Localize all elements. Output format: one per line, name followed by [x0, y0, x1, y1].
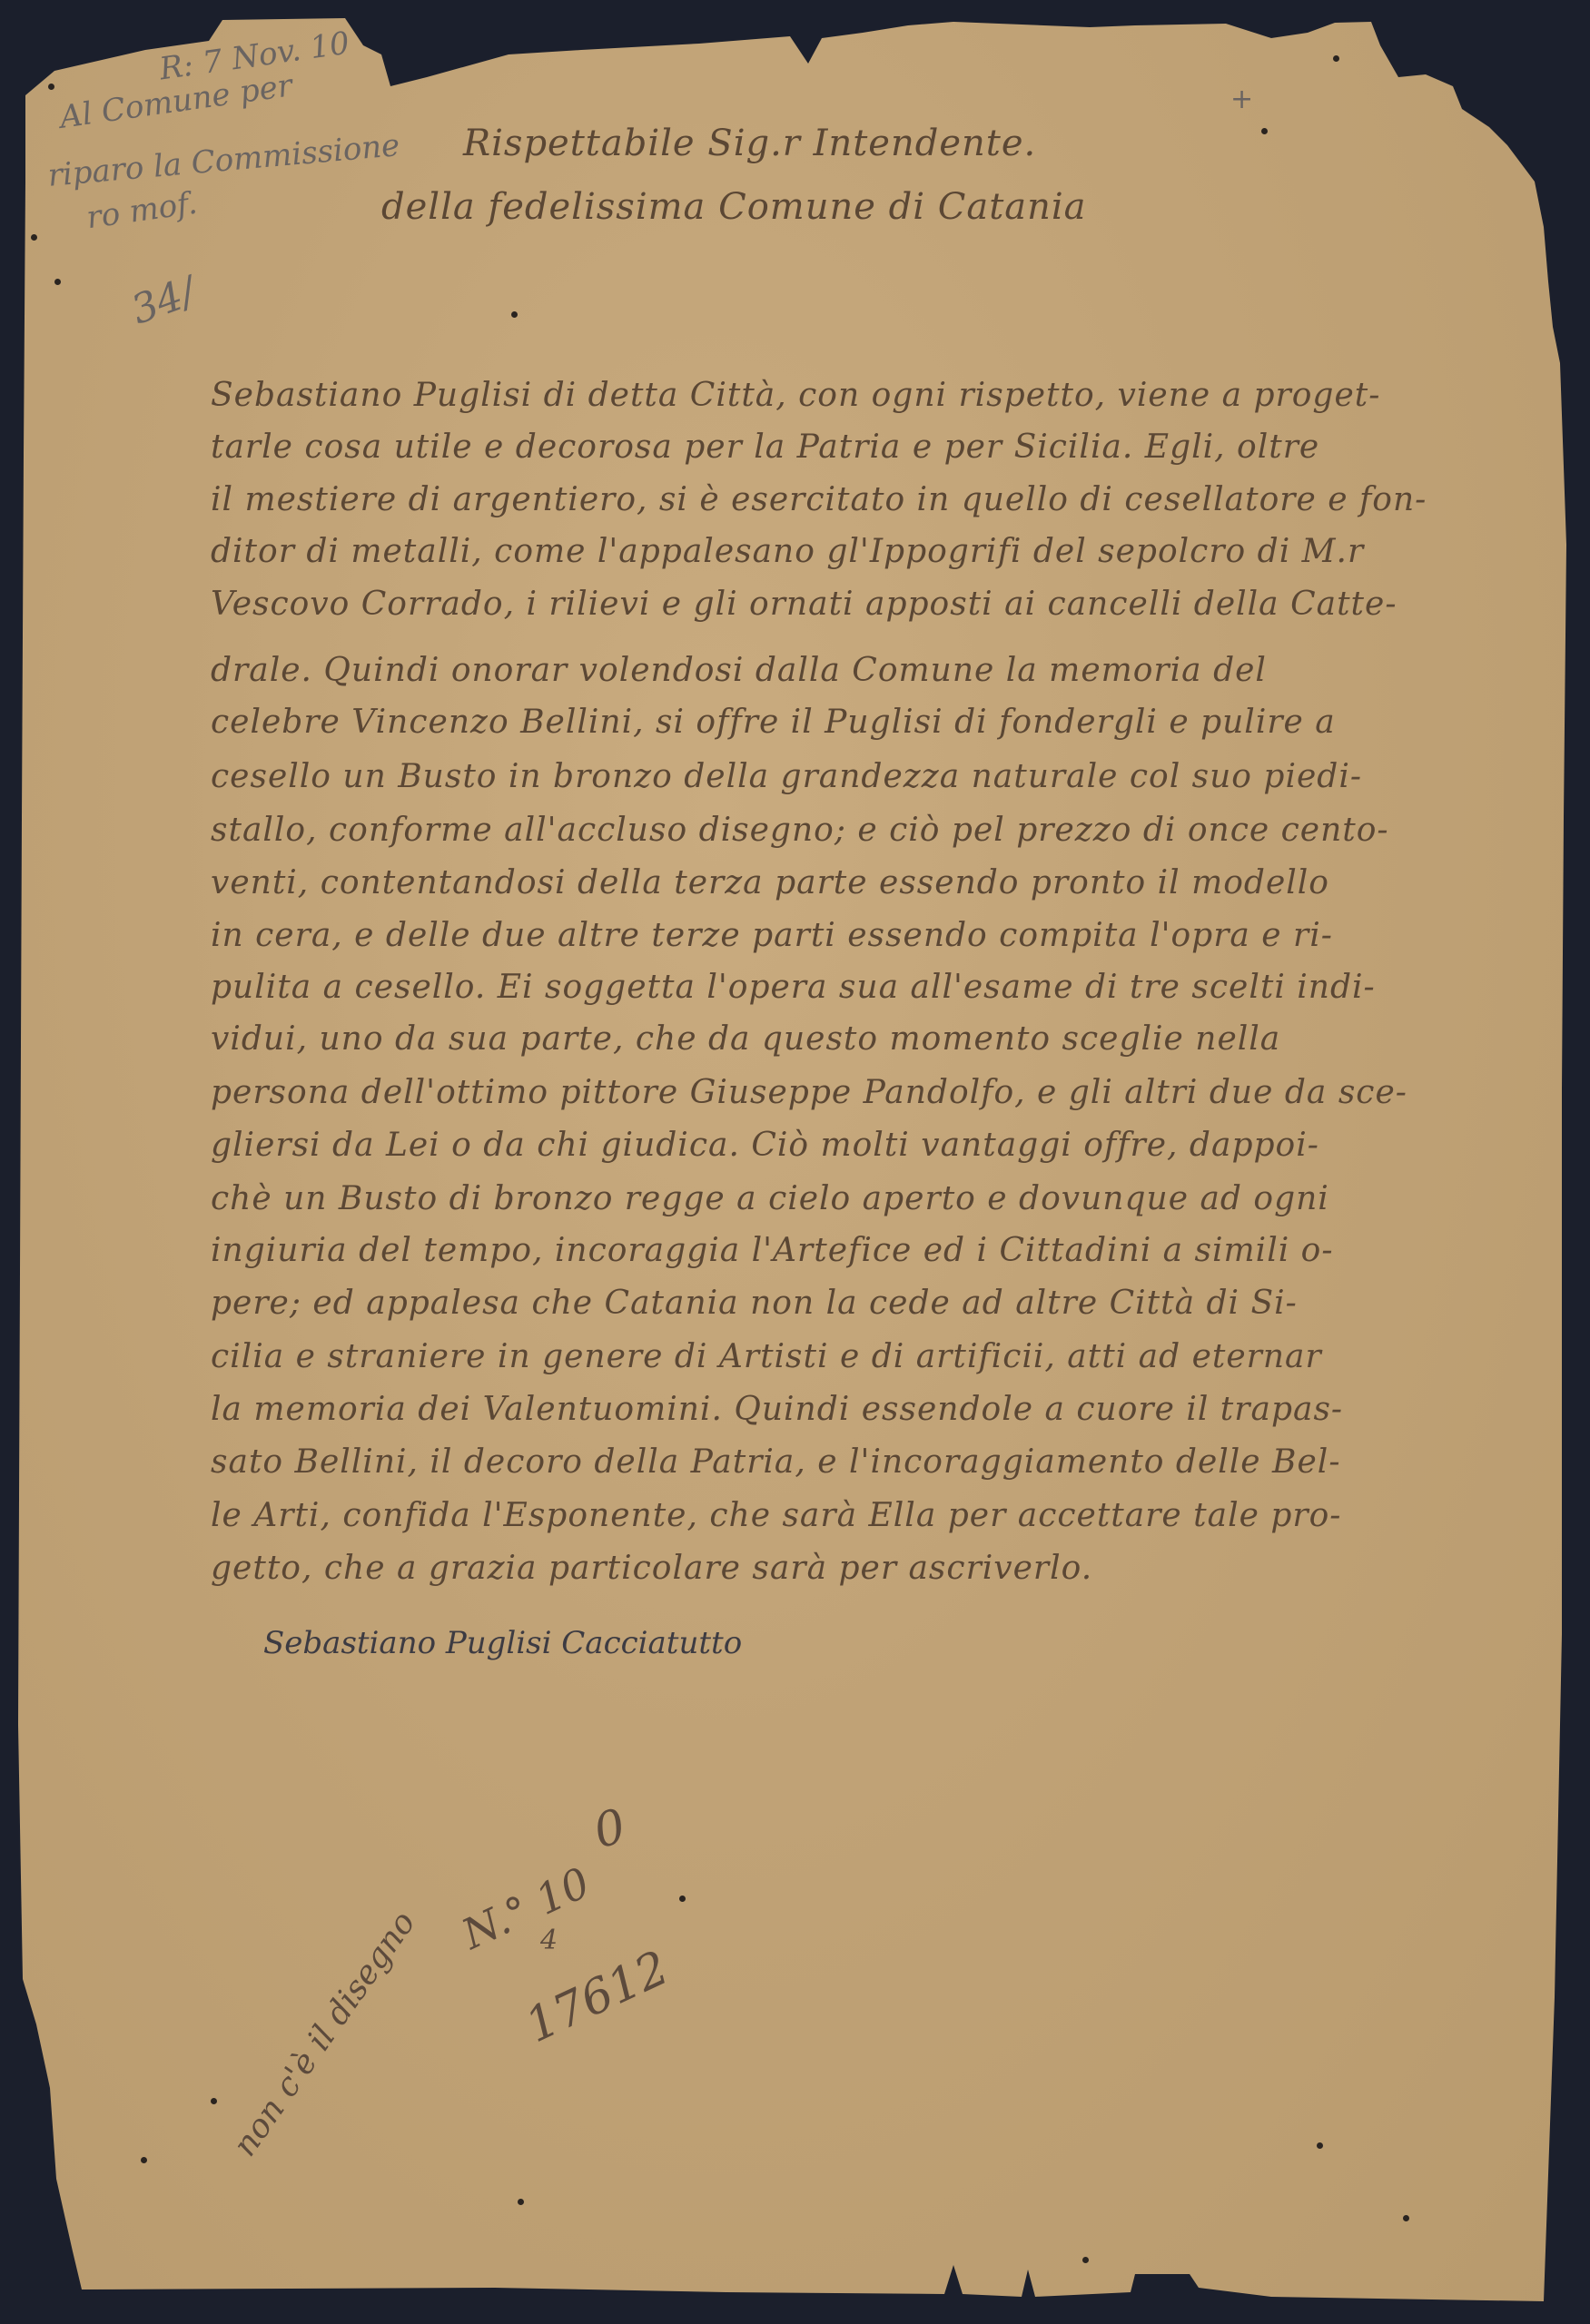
- header-salutation: Rispettabile Sig.r Intendente.: [463, 123, 1036, 164]
- body-line: Vescovo Corrado, i rilievi e gli ornati …: [211, 588, 1328, 621]
- body-line: in cera, e delle due altre terze parti e…: [211, 920, 1328, 952]
- paper-hole: [211, 2098, 217, 2104]
- body-line: pulita a cesello. Ei soggetta l'opera su…: [211, 971, 1328, 1004]
- paper-hole: [1261, 128, 1268, 134]
- paper-hole: [54, 279, 61, 285]
- paper-hole: [679, 1896, 686, 1902]
- body-line: Sebastiano Puglisi di detta Città, con o…: [211, 379, 1328, 412]
- signature: Sebastiano Puglisi Cacciatutto: [263, 1625, 742, 1661]
- body-line: getto, che a grazia particolare sarà per…: [211, 1552, 1328, 1585]
- body-line: cesello un Busto in bronzo della grandez…: [211, 761, 1328, 793]
- body-line: il mestiere di argentiero, si è esercita…: [211, 484, 1328, 517]
- body-line: la memoria dei Valentuomini. Quindi esse…: [211, 1393, 1328, 1426]
- paper-hole: [1317, 2142, 1323, 2149]
- body-line: sato Bellini, il decoro della Patria, e …: [211, 1446, 1328, 1479]
- body-line: cilia e straniere in genere di Artisti e…: [211, 1341, 1328, 1374]
- paper-hole: [141, 2157, 147, 2163]
- body-line: pere; ed appalesa che Catania non la ced…: [211, 1287, 1328, 1320]
- body-line: chè un Busto di bronzo regge a cielo ape…: [211, 1183, 1328, 1216]
- paper-hole: [1082, 2257, 1089, 2263]
- body-line: venti, contentandosi della terza parte e…: [211, 867, 1328, 900]
- body-line: vidui, uno da sua parte, che da questo m…: [211, 1023, 1328, 1056]
- body-line: persona dell'ottimo pittore Giuseppe Pan…: [211, 1077, 1328, 1109]
- paper-hole: [1403, 2215, 1409, 2221]
- body-line: celebre Vincenzo Bellini, si offre il Pu…: [211, 706, 1328, 739]
- body-line: le Arti, confida l'Esponente, che sarà E…: [211, 1500, 1328, 1532]
- paper-hole: [511, 311, 518, 318]
- body-line: stallo, conforme all'accluso disegno; e …: [211, 814, 1328, 847]
- body-line: gliersi da Lei o da chi giudica. Ciò mol…: [211, 1129, 1328, 1162]
- number-sub: 4: [540, 1925, 558, 1956]
- body-line: ingiuria del tempo, incoraggia l'Artefic…: [211, 1235, 1328, 1267]
- paper-hole: [31, 234, 37, 241]
- header-addressee: della fedelissima Comune di Catania: [381, 186, 1087, 228]
- body-line: ditor di metalli, come l'appalesano gl'I…: [211, 536, 1328, 568]
- body-line: drale. Quindi onorar volendosi dalla Com…: [211, 655, 1328, 687]
- paper-hole: [518, 2199, 524, 2205]
- corner-mark: +: [1230, 86, 1253, 113]
- body-line: tarle cosa utile e decorosa per la Patri…: [211, 431, 1328, 464]
- paper-hole: [48, 84, 54, 90]
- paper-hole: [1333, 55, 1339, 62]
